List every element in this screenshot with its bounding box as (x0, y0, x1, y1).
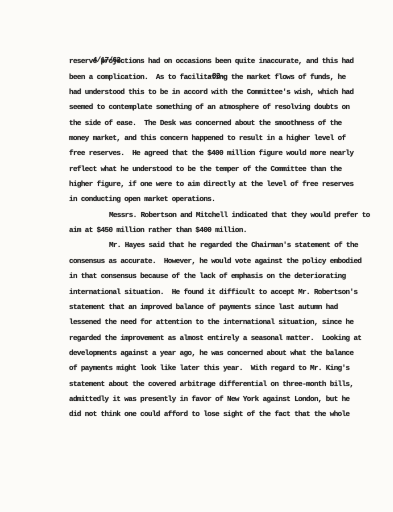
text-line: lessened the need for attention to the i… (69, 316, 363, 331)
text-line: Mr. Hayes said that he regarded the Chai… (69, 239, 363, 254)
text-line: admittedly it was presently in favor of … (69, 393, 363, 408)
text-line: in that consensus because of the lack of… (69, 270, 363, 285)
text-line: developments against a year ago, he was … (69, 347, 363, 362)
text-line: regarded the improvement as almost entir… (69, 332, 363, 347)
text-line: had understood this to be in accord with… (69, 86, 363, 101)
text-line: of payments might look like later this y… (69, 362, 363, 377)
page-number: -83- (69, 70, 363, 85)
text-line: statement that an improved balance of pa… (69, 301, 363, 316)
text-line: did not think one could afford to lose s… (69, 408, 363, 423)
text-line: international situation. He found it dif… (69, 286, 363, 301)
date-label: 4/17/62 (93, 57, 121, 65)
text-line: money market, and this concern happened … (69, 132, 363, 147)
text-line: higher figure, if one were to aim direct… (69, 178, 363, 193)
text-line: aim at $450 million rather than $400 mil… (69, 224, 363, 239)
text-line: seemed to contemplate something of an at… (69, 101, 363, 116)
document-body: reserve projections had on occasions bee… (69, 55, 363, 423)
text-line: free reserves. He agreed that the $400 m… (69, 147, 363, 162)
text-line: consensus as accurate. However, he would… (69, 255, 363, 270)
page-header: 4/17/62 -83- (69, 39, 363, 54)
text-line: the side of ease. The Desk was concerned… (69, 117, 363, 132)
text-line: statement about the covered arbitrage di… (69, 378, 363, 393)
document-page: 4/17/62 -83- reserve projections had on … (0, 0, 393, 512)
text-line: reflect what he understood to be the tem… (69, 163, 363, 178)
document-content: 4/17/62 -83- reserve projections had on … (69, 39, 363, 424)
text-line: Messrs. Robertson and Mitchell indicated… (69, 209, 363, 224)
text-line: in conducting open market operations. (69, 193, 363, 208)
